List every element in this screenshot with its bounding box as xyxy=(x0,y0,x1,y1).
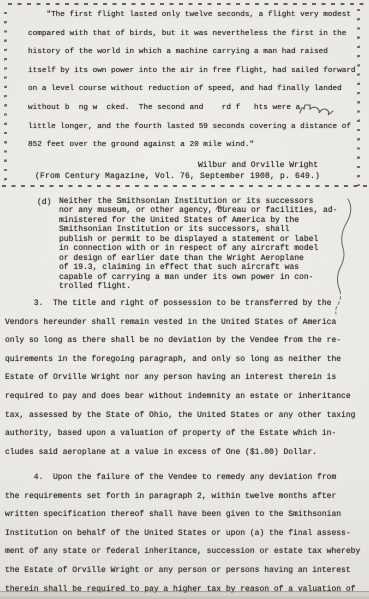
text-line: tax, assessed by the State of Ohio, the … xyxy=(5,407,367,426)
text-line: only so long as there shall be no deviat… xyxy=(5,332,367,351)
paragraph-4: 4. Upon the failure of the Vendee to rem… xyxy=(5,469,367,599)
text-line: cludes said aeroplane at a value in exce… xyxy=(5,444,367,463)
paragraph-3: 3. The title and right of possession to … xyxy=(5,295,367,462)
text-line: 3. The title and right of possession to … xyxy=(5,295,367,314)
text-line: or design of earlier date than the Wrigh… xyxy=(59,254,349,263)
text-line: history of the world in which a machine … xyxy=(28,43,364,62)
text-line: the requirements set forth in paragraph … xyxy=(5,488,367,507)
text-line: Institution on behalf of the United Stat… xyxy=(5,525,367,544)
text-line: compared with that of birds, but it was … xyxy=(28,25,364,44)
text-line: itself by its own power into the air in … xyxy=(28,62,364,81)
scan-edge-shadow xyxy=(0,591,369,599)
text-line: required to pay and does bear without in… xyxy=(5,388,367,407)
text-line: in connection with or in respect of any … xyxy=(59,244,349,253)
text-line: Smithsonian Institution or its successor… xyxy=(59,225,349,234)
text-line: capable of carrying a man under its own … xyxy=(59,273,349,282)
text-line: "The first flight lasted only twelve sec… xyxy=(28,6,364,25)
text-line: written specification thereof shall have… xyxy=(5,506,367,525)
text-line: trolled flight. xyxy=(59,282,349,291)
text-line: 852 feet over the ground against a 20 mi… xyxy=(28,136,364,155)
text-line: publish or permit to be displayed a stat… xyxy=(59,235,349,244)
text-line: the Estate of Orville Wright or any pers… xyxy=(5,562,367,581)
text-line: Estate of Orville Wright nor any person … xyxy=(5,369,367,388)
text-line: authority, based upon a valuation of pro… xyxy=(5,425,367,444)
text-line: 4. Upon the failure of the Vendee to rem… xyxy=(5,469,367,488)
handwritten-insertion-mark xyxy=(214,203,226,211)
scanned-document-page: "The first flight lasted only twelve sec… xyxy=(0,0,369,599)
quotation-block: "The first flight lasted only twelve sec… xyxy=(28,6,364,155)
text-line: of 19.3, claiming in effect that such ai… xyxy=(59,263,349,272)
clause-d-text: Neither the Smithsonian Institution or i… xyxy=(59,197,349,291)
dashed-border-bottom xyxy=(2,185,367,187)
text-line: quirements in the foregoing paragraph, a… xyxy=(5,351,367,370)
text-line: nor any museum, or other agency, bureau … xyxy=(59,206,349,215)
text-line: ment of any state or federal inheritance… xyxy=(5,543,367,562)
text-line: Vendors hereunder shall remain vested in… xyxy=(5,314,367,333)
handwritten-scribble-mark xyxy=(298,99,338,119)
text-line: ministered for the United States of Amer… xyxy=(59,216,349,225)
tick-border-left xyxy=(4,12,7,184)
text-line: on a level course without reduction of s… xyxy=(28,80,364,99)
quote-source: (From Century Magazine, Vol. 76, Septemb… xyxy=(35,172,320,181)
dashed-border-top xyxy=(8,3,368,5)
text-line: little longer, and the fourth lasted 59 … xyxy=(28,118,364,137)
quote-attribution: Wilbur and Orville Wright xyxy=(198,161,318,170)
clause-d-label: (d) xyxy=(37,198,51,207)
